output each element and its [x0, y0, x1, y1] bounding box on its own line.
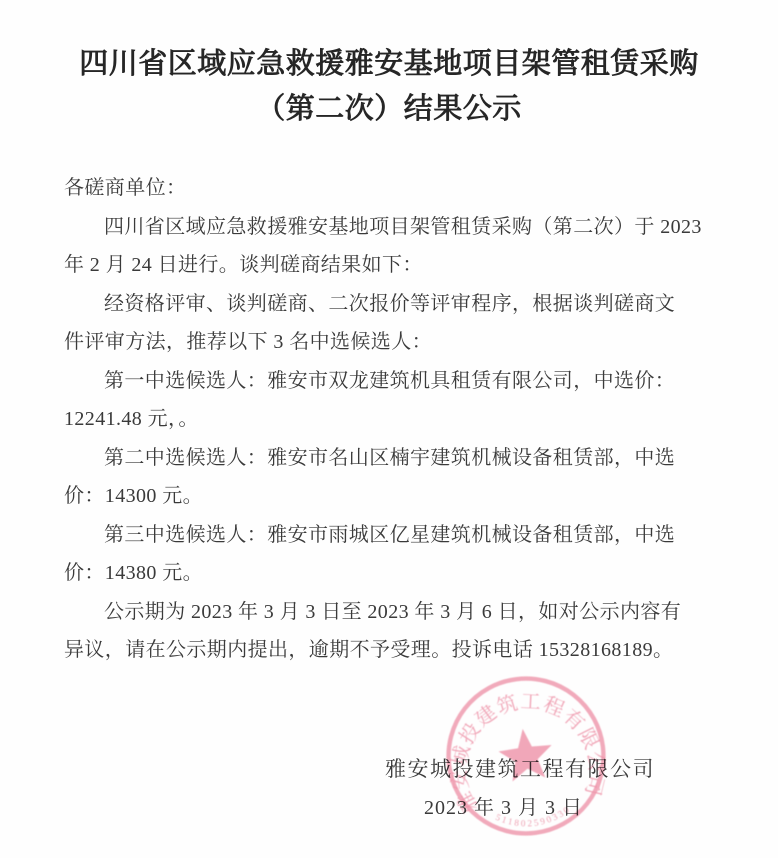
page-title-line-1: 四川省区域应急救援雅安基地项目架管租赁采购 [0, 42, 778, 87]
seal-registration-number: 511802590330 [493, 803, 574, 833]
body-line: 第一中选候选人：雅安市双龙建筑机具租赁有限公司，中选价： [64, 362, 724, 401]
body-line: 第三中选候选人：雅安市雨城区亿星建筑机械设备租赁部，中选 [64, 516, 724, 555]
announcement-document: 四川省区域应急救援雅安基地项目架管租赁采购 （第二次）结果公示 各磋商单位：四川… [0, 0, 778, 858]
body-line: 经资格评审、谈判磋商、二次报价等评审程序，根据谈判磋商文 [64, 285, 724, 324]
body-line: 各磋商单位： [64, 169, 724, 208]
body-line: 年 2 月 24 日进行。谈判磋商结果如下： [64, 246, 724, 285]
body-line: 第二中选候选人：雅安市名山区楠宇建筑机械设备租赁部，中选 [64, 439, 724, 478]
star-icon [496, 726, 555, 783]
body-line: 12241.48 元，。 [64, 400, 724, 439]
body-text: 各磋商单位：四川省区域应急救援雅安基地项目架管租赁采购（第二次）于 2023年 … [64, 169, 724, 670]
body-line: 件评审方法，推荐以下 3 名中选候选人： [64, 323, 724, 362]
body-line: 异议，请在公示期内提出，逾期不予受理。投诉电话 15328168189。 [64, 631, 724, 670]
page-title-line-2: （第二次）结果公示 [0, 87, 778, 132]
official-seal: 雅安城投建筑工程有限公司 511802590330 [438, 668, 614, 844]
body-line: 价：14380 元。 [64, 554, 724, 593]
body-line: 四川省区域应急救援雅安基地项目架管租赁采购（第二次）于 2023 [64, 208, 724, 247]
body-line: 公示期为 2023 年 3 月 3 日至 2023 年 3 月 6 日，如对公示… [64, 593, 724, 632]
page-title: 四川省区域应急救援雅安基地项目架管租赁采购 （第二次）结果公示 [0, 42, 778, 132]
body-line: 价：14300 元。 [64, 477, 724, 516]
svg-text:511802590330: 511802590330 [493, 803, 574, 833]
